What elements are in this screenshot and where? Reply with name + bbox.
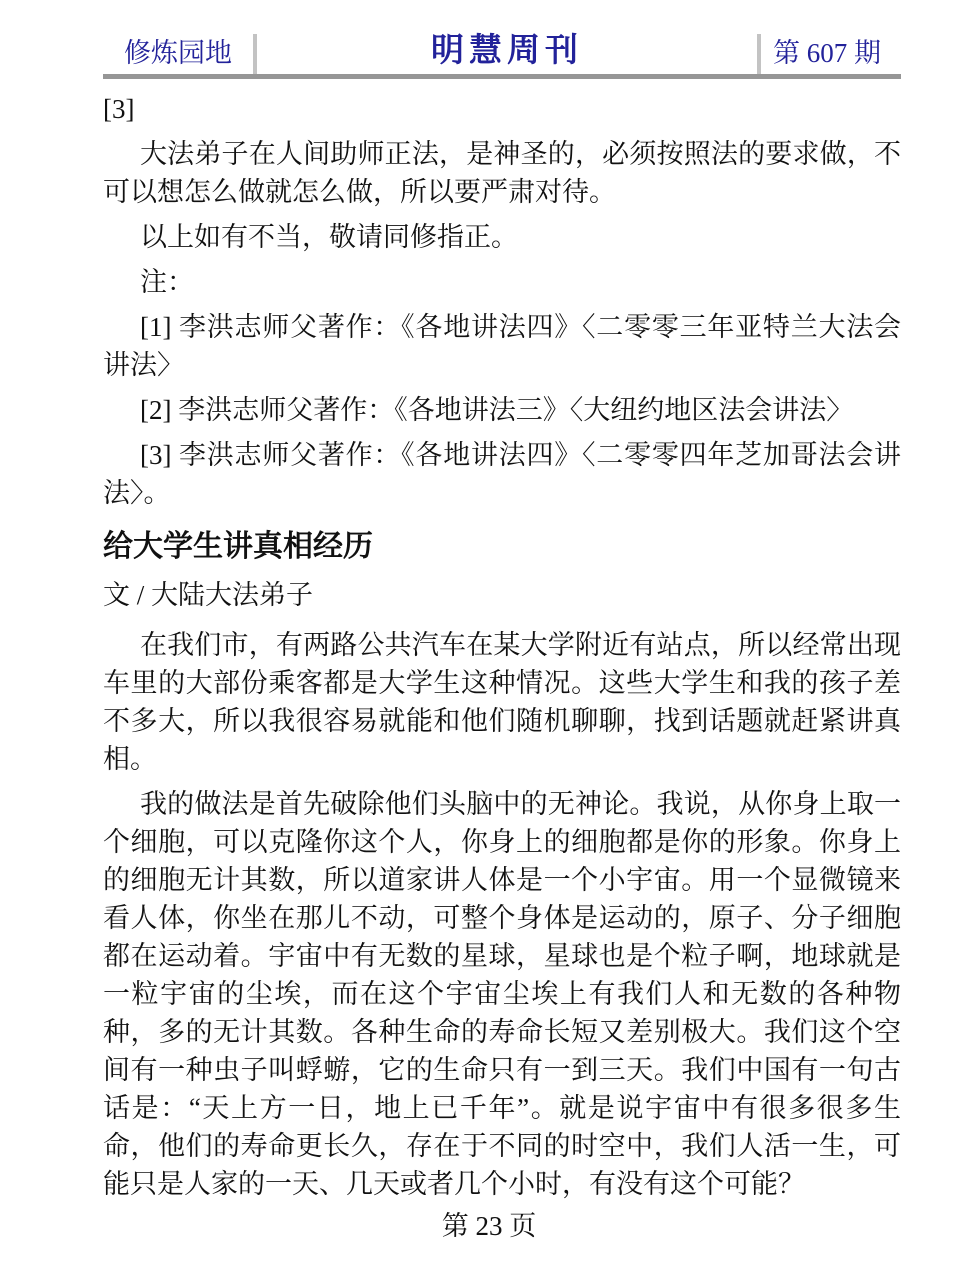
notes-label: 注： — [103, 263, 901, 301]
publication-title: 明慧周刊 — [257, 24, 757, 74]
paragraph: 在我们市，有两路公共汽车在某大学附近有站点，所以经常出现车里的大部份乘客都是大学… — [103, 626, 901, 778]
header-rule — [103, 74, 901, 79]
document-page: 修炼园地 明慧周刊 第 607 期 [3] 大法弟子在人间助师正法，是神圣的，必… — [0, 0, 978, 1265]
issue-label: 第 607 期 — [761, 31, 901, 74]
header-row: 修炼园地 明慧周刊 第 607 期 — [103, 24, 901, 74]
section-label: 修炼园地 — [103, 31, 253, 74]
paragraph: 大法弟子在人间助师正法，是神圣的，必须按照法的要求做，不可以想怎么做就怎么做，所… — [103, 135, 901, 211]
page-footer: 第 23 页 — [0, 1204, 978, 1243]
reference-item: [1] 李洪志师父著作：《各地讲法四》〈二零零三年亚特兰大法会讲法〉 — [103, 308, 901, 384]
page-header: 修炼园地 明慧周刊 第 607 期 — [103, 24, 901, 79]
reference-item: [2] 李洪志师父著作：《各地讲法三》〈大纽约地区法会讲法〉 — [103, 391, 901, 429]
paragraph: 以上如有不当，敬请同修指正。 — [103, 218, 901, 256]
page-content: [3] 大法弟子在人间助师正法，是神圣的，必须按照法的要求做，不可以想怎么做就怎… — [103, 90, 901, 1210]
reference-item: [3] 李洪志师父著作：《各地讲法四》〈二零零四年芝加哥法会讲法〉。 — [103, 436, 901, 512]
paragraph: 我的做法是首先破除他们头脑中的无神论。我说，从你身上取一个细胞，可以克隆你这个人… — [103, 785, 901, 1203]
article-byline: 文 / 大陆大法弟子 — [103, 576, 901, 614]
footnote-marker: [3] — [103, 90, 901, 128]
page-number: 第 23 页 — [442, 1211, 537, 1241]
article-title: 给大学生讲真相经历 — [103, 528, 901, 566]
